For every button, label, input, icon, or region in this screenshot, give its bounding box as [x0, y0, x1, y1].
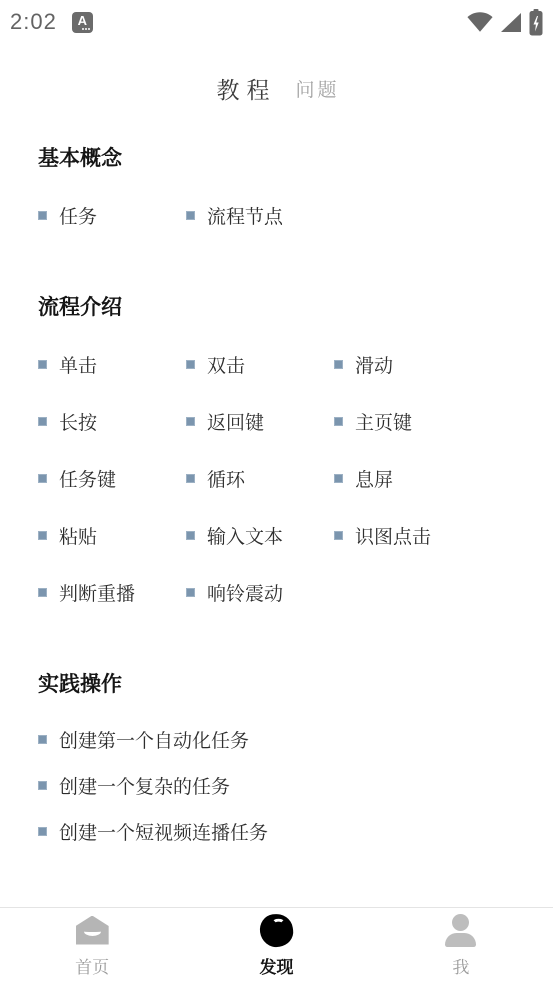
- wifi-icon: [467, 12, 493, 32]
- topic-link[interactable]: 循环: [186, 466, 334, 490]
- bullet-square-icon: [186, 360, 195, 369]
- bullet-square-icon: [334, 360, 343, 369]
- bullet-square-icon: [334, 417, 343, 426]
- bullet-square-icon: [38, 588, 47, 597]
- topic-label: 创建第一个自动化任务: [59, 726, 249, 753]
- topic-link[interactable]: 识图点击: [334, 523, 482, 547]
- topic-label: 识图点击: [355, 522, 431, 549]
- topic-label: 滑动: [355, 351, 393, 378]
- section-items: 创建第一个自动化任务创建一个复杂的任务创建一个短视频连播任务: [38, 727, 537, 843]
- bullet-square-icon: [38, 735, 47, 744]
- bullet-square-icon: [334, 531, 343, 540]
- bullet-square-icon: [38, 360, 47, 369]
- nav-item-discover[interactable]: 发现: [184, 908, 368, 984]
- topic-link[interactable]: 流程节点: [186, 203, 334, 227]
- topic-link[interactable]: 输入文本: [186, 523, 334, 547]
- nav-label-profile: 我: [452, 953, 469, 978]
- topic-label: 息屏: [355, 465, 393, 492]
- topic-link[interactable]: 创建一个复杂的任务: [38, 773, 537, 797]
- tab-questions[interactable]: 问题: [295, 75, 339, 102]
- bottom-nav: 首页 发现 我: [0, 907, 553, 984]
- topic-link[interactable]: 响铃震动: [186, 580, 334, 604]
- tab-bar: 教程 问题: [0, 68, 553, 108]
- topic-label: 双击: [207, 351, 245, 378]
- topic-label: 粘贴: [59, 522, 97, 549]
- section-title: 基本概念: [38, 146, 537, 172]
- topic-label: 判断重播: [59, 579, 135, 606]
- topic-link[interactable]: 任务: [38, 203, 186, 227]
- bullet-square-icon: [186, 474, 195, 483]
- topic-label: 输入文本: [207, 522, 283, 549]
- section: 实践操作创建第一个自动化任务创建一个复杂的任务创建一个短视频连播任务: [38, 672, 537, 843]
- home-icon: [76, 914, 109, 946]
- topic-label: 返回键: [207, 408, 264, 435]
- topic-label: 循环: [207, 465, 245, 492]
- nav-label-discover: 发现: [259, 953, 293, 978]
- bullet-square-icon: [186, 531, 195, 540]
- status-bar: 2:02 A: [0, 0, 553, 44]
- status-time: 2:02: [10, 9, 57, 35]
- profile-icon: [445, 914, 476, 946]
- topic-label: 主页键: [355, 408, 412, 435]
- content: 基本概念任务流程节点流程介绍单击双击滑动长按返回键主页键任务键循环息屏粘贴输入文…: [38, 146, 537, 843]
- bullet-square-icon: [38, 531, 47, 540]
- bullet-square-icon: [186, 588, 195, 597]
- tab-tutorial[interactable]: 教程: [216, 72, 276, 105]
- topic-label: 创建一个复杂的任务: [59, 772, 230, 799]
- topic-label: 流程节点: [207, 202, 283, 229]
- section-title: 实践操作: [38, 672, 537, 698]
- topic-link[interactable]: 息屏: [334, 466, 482, 490]
- bullet-square-icon: [38, 474, 47, 483]
- bullet-square-icon: [186, 211, 195, 220]
- section-items: 任务流程节点: [38, 203, 537, 227]
- bullet-square-icon: [38, 211, 47, 220]
- topic-label: 任务: [59, 202, 97, 229]
- ime-keyboard-icon: A: [72, 12, 93, 33]
- section-title: 流程介绍: [38, 295, 537, 321]
- topic-link[interactable]: 双击: [186, 352, 334, 376]
- bullet-square-icon: [186, 417, 195, 426]
- topic-label: 创建一个短视频连播任务: [59, 818, 268, 845]
- topic-link[interactable]: 单击: [38, 352, 186, 376]
- bullet-square-icon: [38, 781, 47, 790]
- app-screen: 2:02 A: [0, 0, 553, 984]
- topic-label: 响铃震动: [207, 579, 283, 606]
- section: 基本概念任务流程节点: [38, 146, 537, 227]
- topic-label: 长按: [59, 408, 97, 435]
- topic-link[interactable]: 粘贴: [38, 523, 186, 547]
- bullet-square-icon: [334, 474, 343, 483]
- bullet-square-icon: [38, 417, 47, 426]
- nav-item-profile[interactable]: 我: [369, 908, 553, 984]
- topic-link[interactable]: 滑动: [334, 352, 482, 376]
- topic-link[interactable]: 返回键: [186, 409, 334, 433]
- topic-label: 任务键: [59, 465, 116, 492]
- discover-icon: [260, 914, 293, 946]
- topic-link[interactable]: 创建第一个自动化任务: [38, 727, 537, 751]
- nav-label-home: 首页: [75, 953, 109, 978]
- section: 流程介绍单击双击滑动长按返回键主页键任务键循环息屏粘贴输入文本识图点击判断重播响…: [38, 295, 537, 604]
- status-icons: [467, 9, 543, 36]
- nav-item-home[interactable]: 首页: [0, 908, 184, 984]
- battery-charging-icon: [529, 9, 543, 36]
- section-items: 单击双击滑动长按返回键主页键任务键循环息屏粘贴输入文本识图点击判断重播响铃震动: [38, 352, 537, 604]
- bullet-square-icon: [38, 827, 47, 836]
- topic-link[interactable]: 判断重播: [38, 580, 186, 604]
- ime-dots: [82, 28, 90, 30]
- topic-link[interactable]: 任务键: [38, 466, 186, 490]
- topic-link[interactable]: 主页键: [334, 409, 482, 433]
- ime-letter: A: [78, 14, 87, 27]
- topic-label: 单击: [59, 351, 97, 378]
- topic-link[interactable]: 创建一个短视频连播任务: [38, 819, 537, 843]
- topic-link[interactable]: 长按: [38, 409, 186, 433]
- cellular-signal-icon: [501, 13, 521, 32]
